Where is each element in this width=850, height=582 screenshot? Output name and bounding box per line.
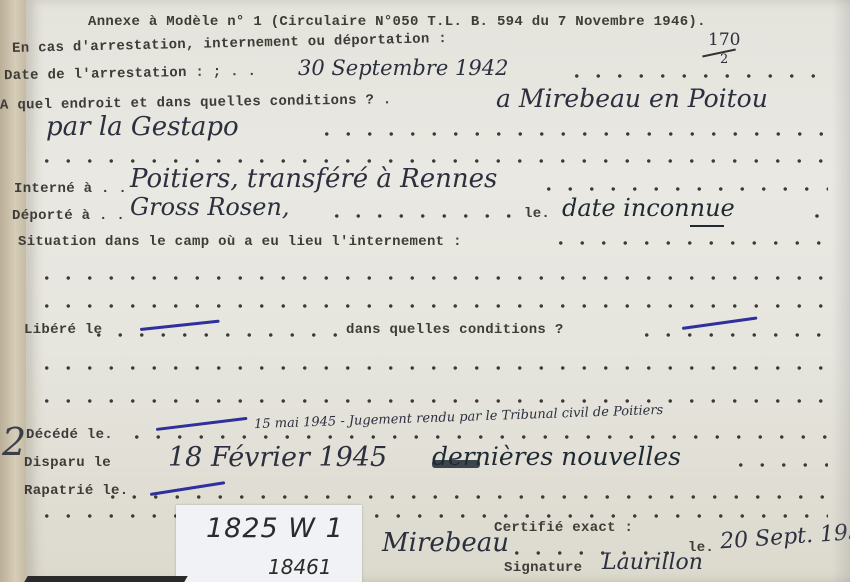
dotted-fill-line — [550, 240, 828, 246]
disappeared-value: 18 Février 1945 — [168, 442, 387, 473]
form-page: Annexe à Modèle n° 1 (Circulaire N°050 T… — [26, 0, 850, 582]
strike-through-pen-line — [682, 316, 758, 329]
certification-place: Mirebeau — [382, 528, 509, 558]
arrest-date-value: 30 Septembre 1942 — [298, 56, 508, 80]
reference-denominator: 2 — [720, 52, 728, 67]
deceased-value: 15 mai 1945 - Jugement rendu par le Trib… — [254, 403, 664, 432]
liberated-conditions-label: dans quelles conditions ? — [346, 322, 564, 338]
signature-label: Signature — [504, 560, 582, 576]
arrest-place-value: a Mirebeau en Poitou — [496, 84, 768, 113]
certification-date-value: 20 Sept. 1950 — [719, 519, 850, 555]
dotted-fill-line — [36, 275, 828, 281]
form-header: Annexe à Modèle n° 1 (Circulaire N°050 T… — [88, 14, 706, 30]
disappeared-label: Disparu le — [24, 455, 111, 471]
dotted-fill-line — [36, 398, 828, 404]
ink-scribble — [432, 460, 480, 468]
dotted-fill-line — [102, 494, 828, 500]
camp-situation-label: Situation dans le camp où a eu lieu l'in… — [18, 234, 462, 250]
interned-at-value: Poitiers, transféré à Rennes — [130, 164, 497, 194]
arrest-place-value-line2: par la Gestapo — [46, 112, 239, 142]
dotted-fill-line — [36, 303, 828, 309]
archive-call-number: 1825 W 1 — [206, 513, 344, 544]
arrest-place-label: A quel endroit et dans quelles condition… — [0, 92, 392, 113]
margin-annotation: 2 — [2, 420, 26, 464]
reference-number: 170 — [708, 30, 740, 50]
dotted-fill-line — [730, 462, 828, 468]
section-title: En cas d'arrestation, internement ou dép… — [12, 31, 447, 57]
dotted-fill-line — [636, 332, 828, 338]
underline-mark — [690, 225, 724, 227]
certified-exact-label: Certifié exact : — [494, 520, 633, 536]
dotted-fill-line — [326, 213, 516, 219]
dotted-fill-line — [806, 213, 828, 219]
dotted-fill-line — [36, 365, 828, 371]
deported-to-label: Déporté à . . — [12, 208, 125, 224]
strike-through-pen-line — [140, 320, 220, 331]
deceased-label: Décédé le. — [26, 427, 113, 443]
page-bottom-shadow — [24, 576, 187, 582]
dotted-fill-line — [126, 434, 828, 440]
deported-date-label: le. — [524, 206, 550, 222]
deported-date-value: date inconnue — [562, 194, 735, 222]
dotted-fill-line — [88, 332, 340, 338]
dotted-fill-line — [538, 186, 828, 192]
dotted-fill-line — [316, 131, 828, 137]
dotted-fill-line — [366, 513, 828, 519]
archive-label: 1825 W 1 18461 — [176, 505, 362, 582]
dotted-fill-line — [566, 73, 828, 79]
strike-through-pen-line — [156, 417, 248, 431]
deported-to-value: Gross Rosen, — [130, 193, 289, 221]
interned-at-label: Interné à . . — [14, 181, 127, 197]
signature: Laurillon — [602, 550, 703, 575]
arrest-date-label: Date de l'arrestation : ; . . — [4, 64, 257, 84]
archive-item-number: 18461 — [268, 555, 332, 579]
